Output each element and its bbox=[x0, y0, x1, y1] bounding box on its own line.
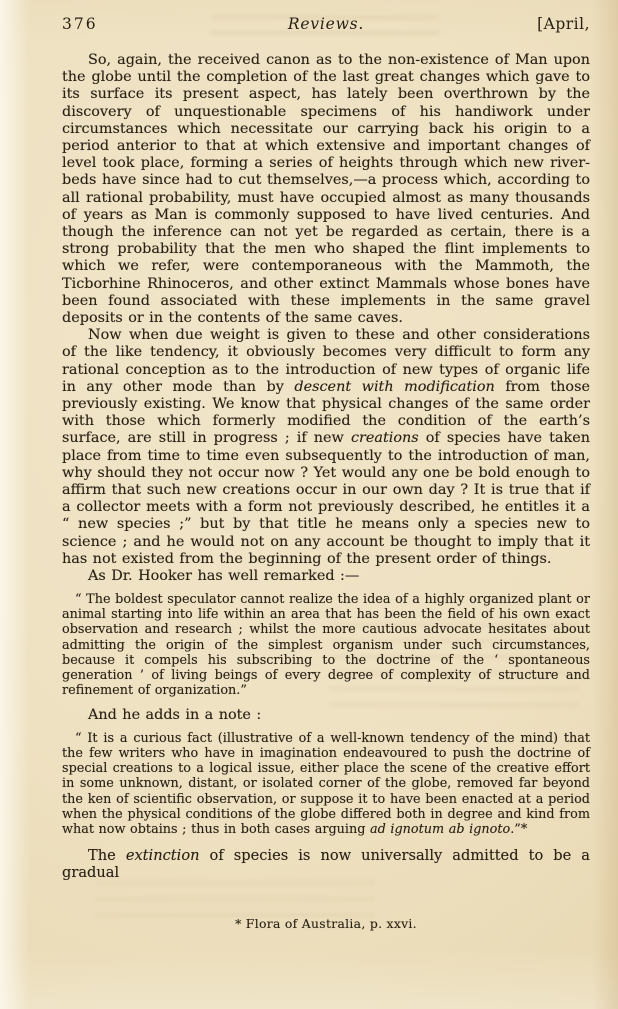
footnote: * Flora of Australia, p. xxvi. bbox=[62, 916, 590, 931]
quote-intro-line: As Dr. Hooker has well remarked :— bbox=[62, 568, 590, 585]
body-paragraph: So, again, the received canon as to the … bbox=[62, 52, 590, 327]
running-head: 376 Reviews. [April, bbox=[62, 15, 590, 33]
body-paragraph: Now when due weight is given to these an… bbox=[62, 327, 590, 568]
book-page: 376 Reviews. [April, So, again, the rece… bbox=[0, 0, 618, 1009]
body-paragraph: The extinction of species is now univers… bbox=[62, 847, 590, 881]
running-title: Reviews. bbox=[62, 15, 590, 33]
hooker-note-quote: “ It is a curious fact (illustrative of … bbox=[62, 731, 590, 837]
show-through-text bbox=[95, 880, 375, 920]
text-block: So, again, the received canon as to the … bbox=[62, 40, 590, 881]
note-intro-line: And he adds in a note : bbox=[62, 707, 590, 724]
hooker-quote: “ The boldest speculator cannot realize … bbox=[62, 592, 590, 698]
